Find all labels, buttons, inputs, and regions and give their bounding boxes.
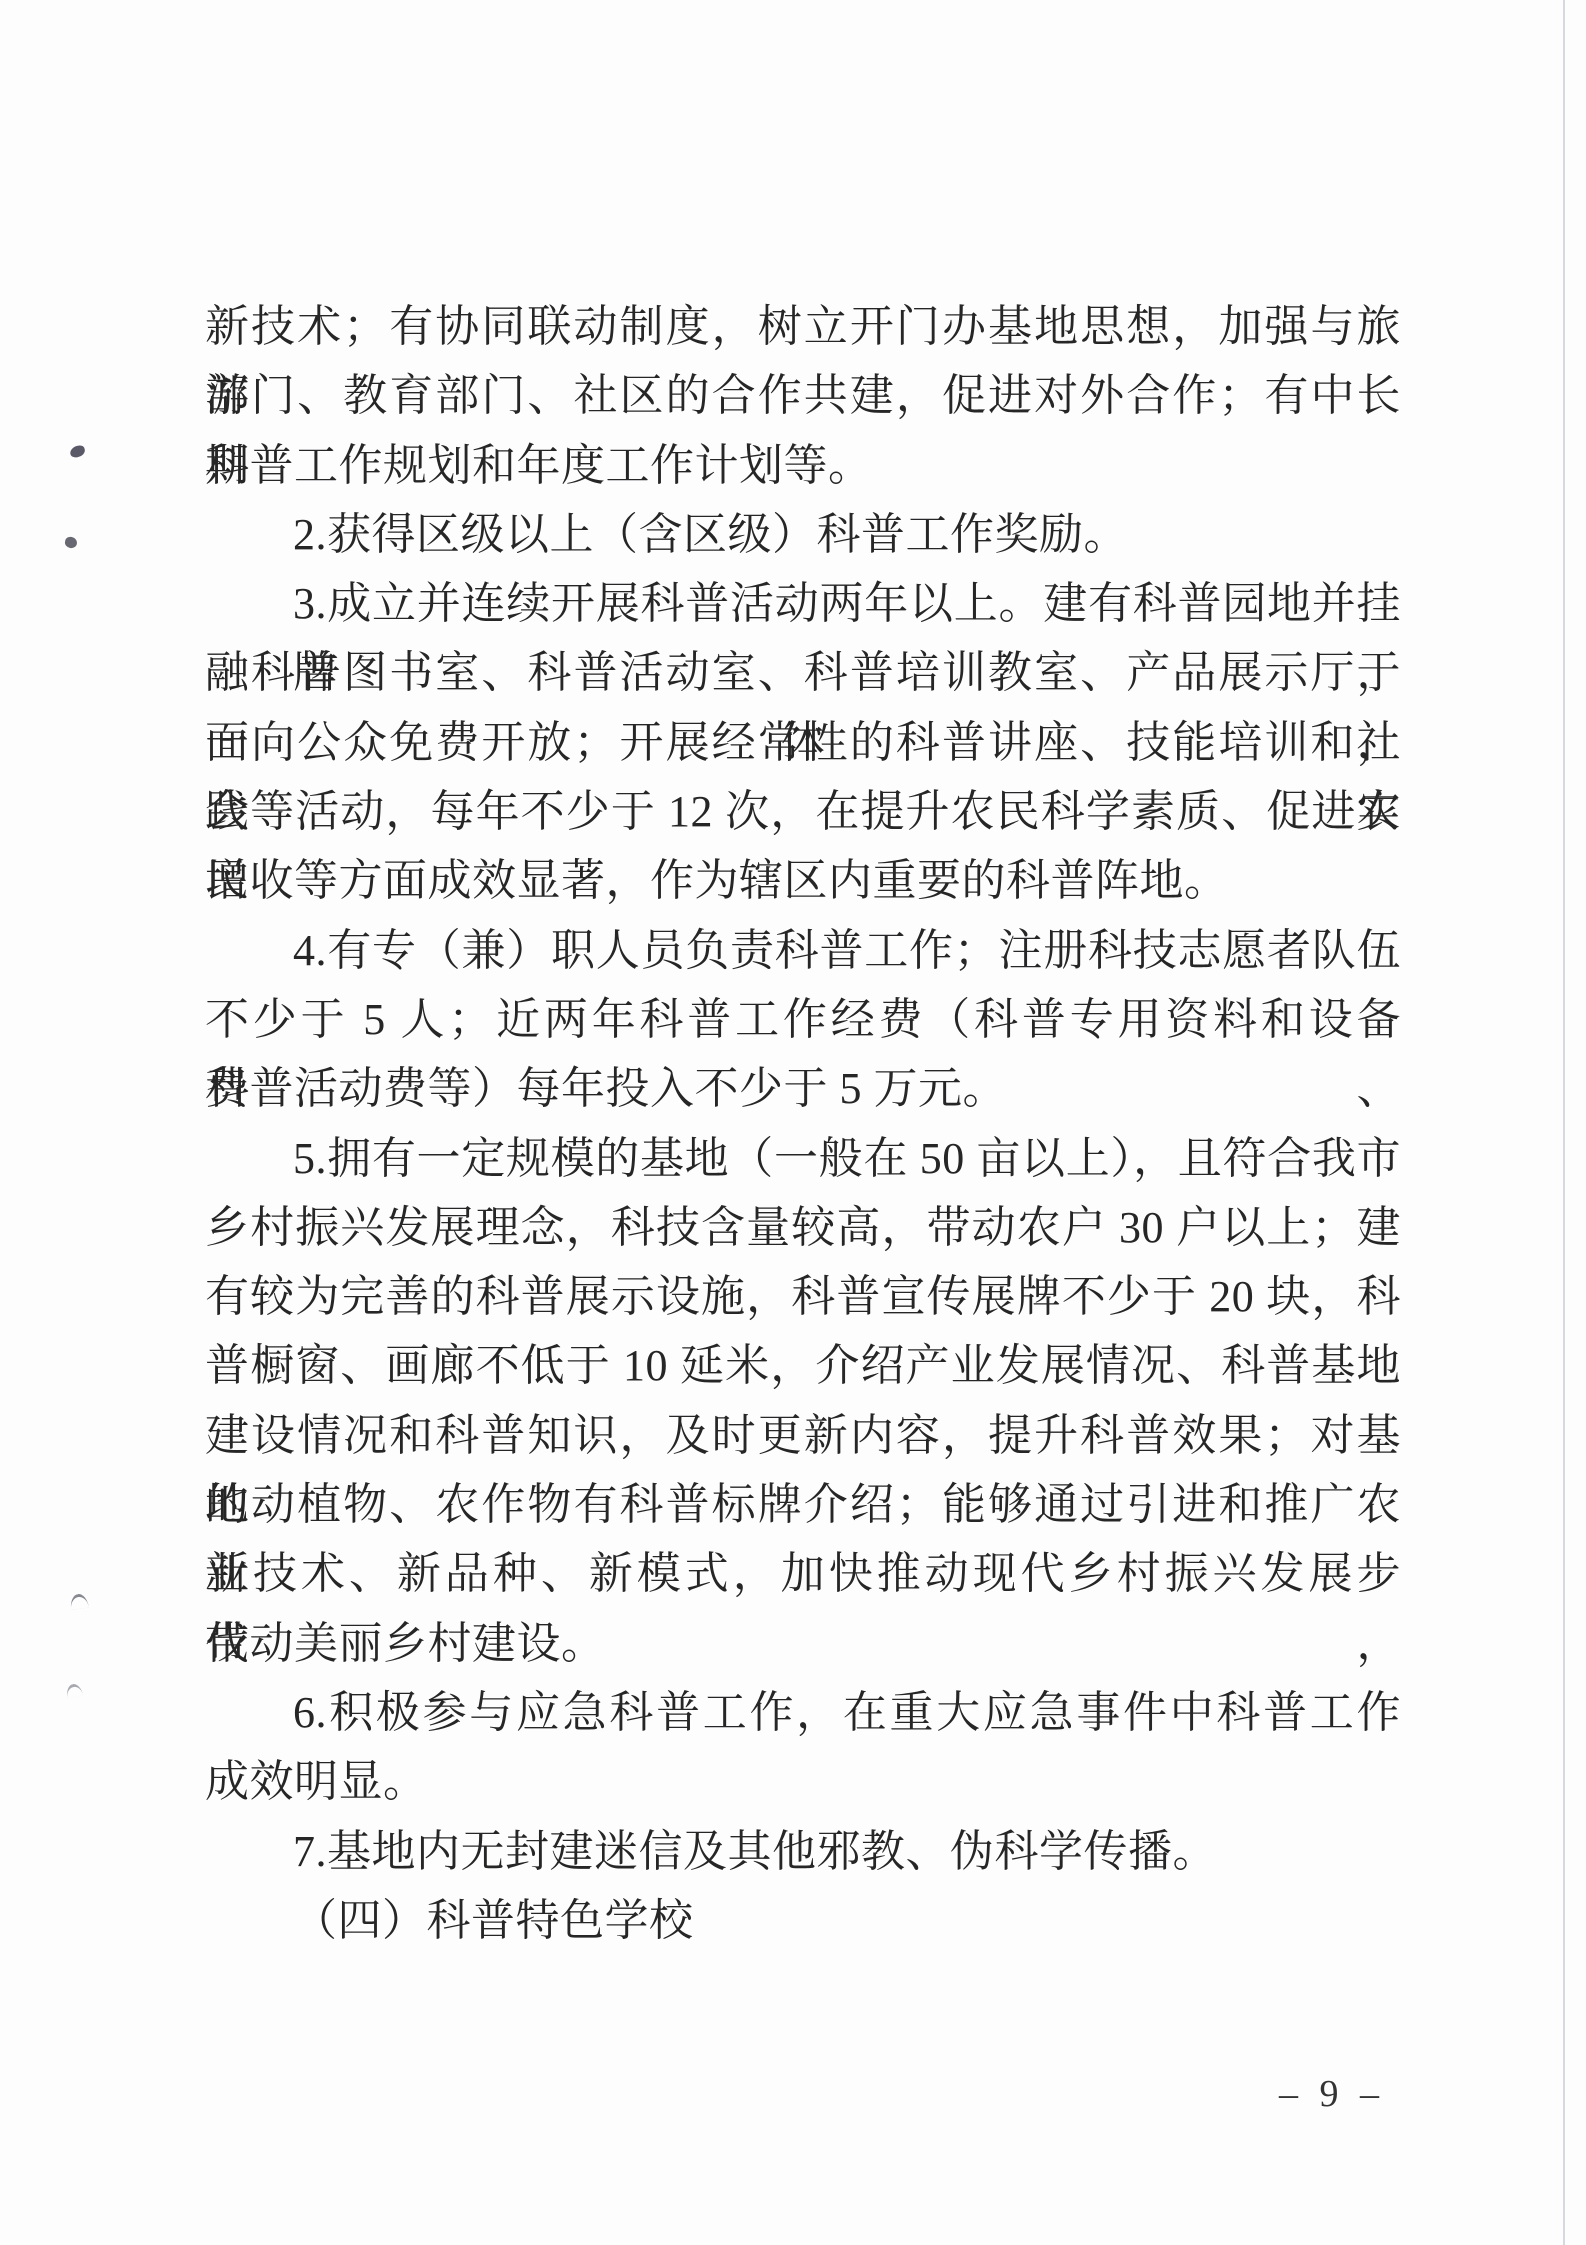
text-line: 5.拥有一定规模的基地（一般在 50 亩以上），且符合我市 [205, 1124, 1401, 1193]
text-line: 科普工作规划和年度工作计划等。 [205, 431, 1401, 500]
text-line: 6.积极参与应急科普工作，在重大应急事件中科普工作 [205, 1678, 1401, 1747]
ink-speck [64, 536, 78, 549]
text-line: 2.获得区级以上（含区级）科普工作奖励。 [205, 500, 1401, 569]
text-line: 面向公众免费开放；开展经常性的科普讲座、技能培训和社会实 [205, 708, 1401, 777]
scan-edge-line [1563, 0, 1565, 2245]
text-line: （四）科普特色学校 [205, 1886, 1401, 1955]
text-line: 践等活动，每年不少于 12 次，在提升农民科学素质、促进农民 [205, 777, 1401, 846]
text-line: 新技术、新品种、新模式，加快推动现代乡村振兴发展步伐， [205, 1539, 1401, 1608]
text-line: 4.有专（兼）职人员负责科普工作；注册科技志愿者队伍 [205, 916, 1401, 985]
page-number: – 9 – [1262, 2072, 1402, 2116]
text-line: 建设情况和科普知识，及时更新内容，提升科普效果；对基地 [205, 1401, 1401, 1470]
text-line: 普橱窗、画廊不低于 10 延米，介绍产业发展情况、科普基地 [205, 1331, 1401, 1400]
text-line: 有较为完善的科普展示设施，科普宣传展牌不少于 20 块，科 [205, 1262, 1401, 1331]
text-block: 新技术；有协同联动制度，树立开门办基地思想，加强与旅游部门、教育部门、社区的合作… [205, 292, 1401, 1955]
text-line: 7.基地内无封建迷信及其他邪教、伪科学传播。 [205, 1817, 1401, 1886]
text-line: 部门、教育部门、社区的合作共建，促进对外合作；有中长期 [205, 361, 1401, 430]
text-line: 不少于 5 人；近两年科普工作经费（科普专用资料和设备费、 [205, 985, 1401, 1054]
document-page: 新技术；有协同联动制度，树立开门办基地思想，加强与旅游部门、教育部门、社区的合作… [0, 0, 1586, 2245]
text-line: 成效明显。 [205, 1747, 1401, 1816]
text-line: 乡村振兴发展理念，科技含量较高，带动农户 30 户以上；建 [205, 1193, 1401, 1262]
text-line: 增收等方面成效显著，作为辖区内重要的科普阵地。 [205, 846, 1401, 915]
text-line: 3.成立并连续开展科普活动两年以上。建有科普园地并挂牌， [205, 569, 1401, 638]
text-line: 融科普图书室、科普活动室、科普培训教室、产品展示厅于一体， [205, 638, 1401, 707]
text-line: 的动植物、农作物有科普标牌介绍；能够通过引进和推广农业 [205, 1470, 1401, 1539]
ink-speck [69, 1593, 89, 1610]
ink-speck [65, 1682, 83, 1698]
text-line: 新技术；有协同联动制度，树立开门办基地思想，加强与旅游 [205, 292, 1401, 361]
ink-speck [69, 444, 86, 459]
